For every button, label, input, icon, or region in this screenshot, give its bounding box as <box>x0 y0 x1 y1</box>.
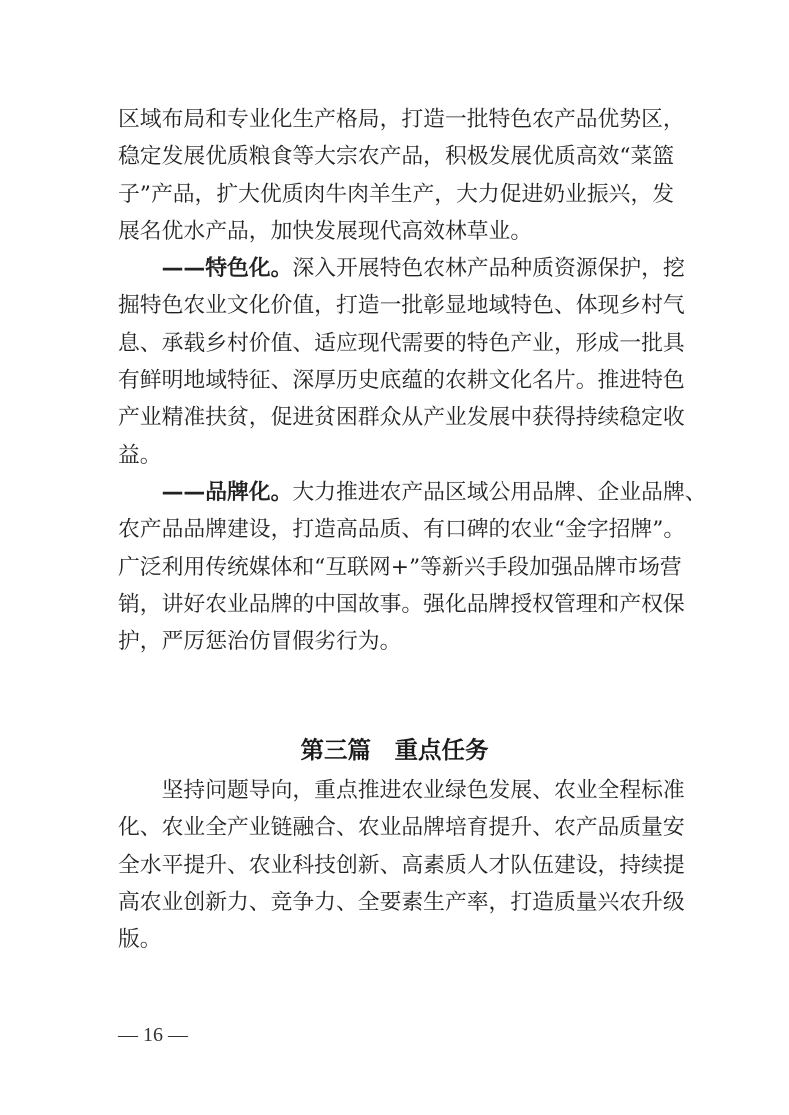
text-line: 广泛利用传统媒体和“互联网+”等新兴手段加强品牌市场营 <box>118 549 664 586</box>
text-line: ——品牌化。大力推进农产品区域公用品牌、企业品牌、 <box>118 474 664 511</box>
text-line: ——特色化。深入开展特色农林产品种质资源保护，挖 <box>118 250 664 287</box>
document-body: 区域布局和专业化生产格局，打造一批特色农产品优势区， 稳定发展优质粮食等大宗农产… <box>118 101 664 660</box>
page-number: — 16 — <box>118 1022 188 1048</box>
text-line: 销，讲好农业品牌的中国故事。强化品牌授权管理和产权保 <box>118 586 664 623</box>
text-line: 化、农业全产业链融合、农业品牌培育提升、农产品质量安 <box>118 809 664 846</box>
paragraph-featured: ——特色化。深入开展特色农林产品种质资源保护，挖 掘特色农业文化价值，打造一批彰… <box>118 250 664 474</box>
text-line: 稳定发展优质粮食等大宗农产品，积极发展优质高效“菜篮 <box>118 138 664 175</box>
text-line: 农产品品牌建设，打造高品质、有口碑的农业“金字招牌”。 <box>118 511 664 548</box>
paragraph-lead-heading: ——特色化。 <box>162 256 293 281</box>
text-line: 有鲜明地域特征、深厚历史底蕴的农耕文化名片。推进特色 <box>118 362 664 399</box>
text-line: 掘特色农业文化价值，打造一批彰显地域特色、体现乡村气 <box>118 287 664 324</box>
text-line: 息、承载乡村价值、适应现代需要的特色产业，形成一批具 <box>118 325 664 362</box>
paragraph-intro-continued: 区域布局和专业化生产格局，打造一批特色农产品优势区， 稳定发展优质粮食等大宗农产… <box>118 101 664 250</box>
text-line: 区域布局和专业化生产格局，打造一批特色农产品优势区， <box>118 101 664 138</box>
text-line: 展名优水产品，加快发展现代高效林草业。 <box>118 213 664 250</box>
text-line: 全水平提升、农业科技创新、高素质人才队伍建设，持续提 <box>118 847 664 884</box>
paragraph-key-tasks: 坚持问题导向，重点推进农业绿色发展、农业全程标准 化、农业全产业链融合、农业品牌… <box>118 772 664 958</box>
text-line: 版。 <box>118 921 664 958</box>
paragraph-branding: ——品牌化。大力推进农产品区域公用品牌、企业品牌、 农产品品牌建设，打造高品质、… <box>118 474 664 660</box>
text-line: 高农业创新力、竞争力、全要素生产率，打造质量兴农升级 <box>118 884 664 921</box>
text-line: 产业精准扶贫，促进贫困群众从产业发展中获得持续稳定收 <box>118 399 664 436</box>
text-line: 益。 <box>118 437 664 474</box>
section-heading: 第三篇 重点任务 <box>0 730 789 770</box>
text-line: 坚持问题导向，重点推进农业绿色发展、农业全程标准 <box>118 772 664 809</box>
text-line: 子”产品，扩大优质肉牛肉羊生产，大力促进奶业振兴，发 <box>118 176 664 213</box>
text-span: 深入开展特色农林产品种质资源保护，挖 <box>292 256 684 281</box>
text-span: 大力推进农产品区域公用品牌、企业品牌、 <box>292 480 706 505</box>
section-body: 坚持问题导向，重点推进农业绿色发展、农业全程标准 化、农业全产业链融合、农业品牌… <box>118 772 664 958</box>
text-line: 护，严厉惩治仿冒假劣行为。 <box>118 623 664 660</box>
paragraph-lead-heading: ——品牌化。 <box>162 480 293 505</box>
